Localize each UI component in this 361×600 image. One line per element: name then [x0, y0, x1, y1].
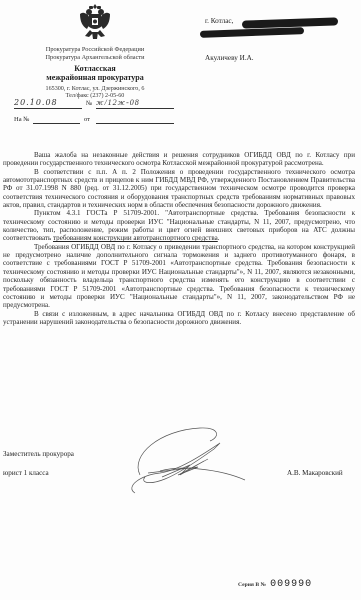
office-name-line2: межрайонная прокуратура: [10, 73, 180, 82]
gost-tail: .: [218, 234, 220, 242]
body-paragraph: В связи с изложенным, в адрес начальника…: [3, 310, 355, 327]
serial-label: Серия В №: [238, 582, 266, 588]
handwritten-signature: [120, 425, 250, 505]
reply-reference-line: На № от: [14, 114, 174, 126]
russian-coat-of-arms-icon: [77, 2, 113, 42]
reply-to-blank: [33, 123, 80, 124]
signatory-rank: юрист 1 класса: [3, 469, 49, 477]
office-name-line1: Котласская: [10, 64, 180, 73]
body-paragraph: Ваша жалоба на незаконные действия и реш…: [3, 151, 355, 168]
body-paragraph-gost: Пунктом 4.3.1 ГОСТа Р 51709-2001. "Автот…: [3, 209, 355, 242]
recipient-name: Акуличеву И.А.: [205, 54, 254, 62]
registration-line: 20.10.08 № ж/12ж-08: [14, 98, 174, 110]
org-name-regional: Прокуратура Архангельской области: [10, 54, 180, 62]
reply-to-label: На №: [14, 116, 29, 123]
body-paragraph: Требования ОГИБДД ОВД по г. Котласу о пр…: [3, 243, 355, 310]
form-serial: Серия В №009990: [238, 579, 312, 590]
from-label: от: [84, 116, 90, 123]
registration-number-label: №: [86, 100, 92, 107]
serial-number: 009990: [270, 579, 312, 590]
org-name-federal: Прокуратура Российской Федерации: [10, 46, 180, 54]
registration-date: 20.10.08: [14, 98, 82, 109]
addressee-city: г. Котлас,: [205, 17, 233, 25]
body-paragraph: В соответствии с п.п. А п. 2 Положения о…: [3, 168, 355, 210]
registration-number: ж/12ж-08: [96, 98, 174, 109]
from-blank: [96, 123, 174, 124]
letterhead: Прокуратура Российской Федерации Прокура…: [10, 2, 180, 100]
underlined-requirement: требованиям конструкции автотранспортног…: [53, 234, 218, 242]
letter-body: Ваша жалоба на незаконные действия и реш…: [3, 151, 355, 326]
signatory-position: Заместитель прокурора: [3, 450, 74, 458]
signatory-name: А.В. Макаровский: [287, 469, 343, 477]
office-address: 165300, г. Котлас, ул. Дзержинского, 6: [10, 86, 180, 93]
redaction-mark: [200, 27, 304, 38]
